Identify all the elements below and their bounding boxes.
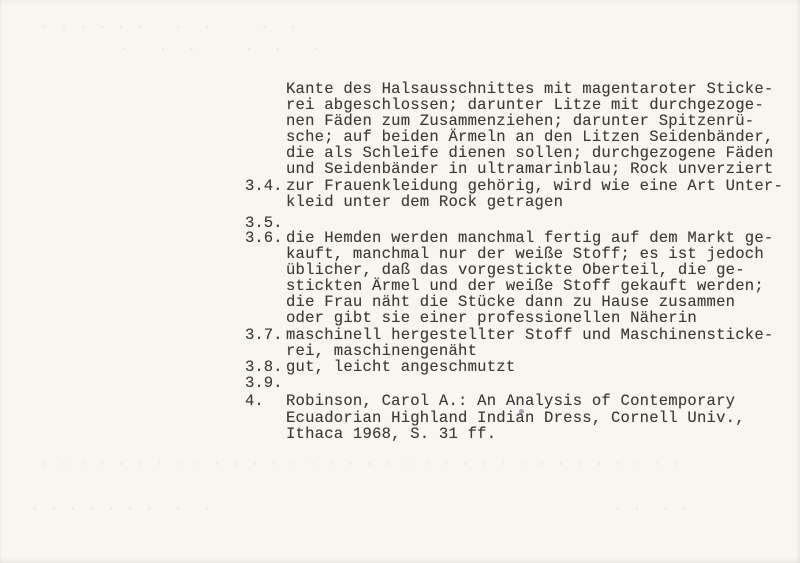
section-number: 3.6. bbox=[245, 230, 282, 246]
bleed-through-marks: · · · · · · · · · · bbox=[40, 18, 298, 36]
text-line: Robinson, Carol A.: An Analysis of Conte… bbox=[286, 393, 735, 409]
text-line: rei abgeschlossen; darunter Litze mit du… bbox=[286, 97, 764, 113]
section-number: 3.8. bbox=[245, 359, 282, 375]
text-line: Ithaca 1968, S. 31 ff. bbox=[286, 426, 496, 442]
text-line: maschinell hergestellter Stoff und Masch… bbox=[286, 327, 773, 343]
text-line: sche; auf beiden Ärmeln an den Litzen Se… bbox=[286, 129, 773, 145]
text-line: kleid unter dem Rock getragen bbox=[286, 194, 563, 210]
bleed-through-marks: · · · · · · · · · · · · · bbox=[30, 500, 690, 518]
section-number: 3.9. bbox=[245, 375, 282, 391]
text-line: die Hemden werden manchmal fertig auf de… bbox=[286, 230, 773, 246]
text-line: die Frau näht die Stücke dann zu Hause z… bbox=[286, 294, 735, 310]
section-number: 4. bbox=[245, 393, 264, 409]
text-line: stickten Ärmel und der weiße Stoff gekau… bbox=[286, 278, 764, 294]
text-line: kauft, manchmal nur der weiße Stoff; es … bbox=[286, 246, 764, 262]
typewritten-page: · · · · · · · · · · · · · · · · · · · · … bbox=[0, 0, 800, 563]
text-line: die als Schleife dienen sollen; durchgez… bbox=[286, 145, 773, 161]
text-line: Kante des Halsausschnittes mit magentaro… bbox=[286, 81, 773, 97]
ink-correction-mark bbox=[519, 409, 524, 414]
bleed-through-marks: · · · · · · · · · · · · · · · · · · · · … bbox=[40, 455, 680, 473]
text-line: nen Fäden zum Zusammenziehen; darunter S… bbox=[286, 113, 754, 129]
bleed-through-marks: · · · · · · bbox=[120, 40, 321, 58]
text-line: üblicher, daß das vorgestickte Oberteil,… bbox=[286, 262, 745, 278]
text-line: gut, leicht angeschmutzt bbox=[286, 359, 515, 375]
section-number: 3.7. bbox=[245, 327, 282, 343]
section-number: 3.4. bbox=[245, 178, 282, 194]
text-line: oder gibt sie einer professionellen Nähe… bbox=[286, 310, 697, 326]
text-line: rei, maschinengenäht bbox=[286, 343, 477, 359]
text-line: zur Frauenkleidung gehörig, wird wie ein… bbox=[286, 178, 783, 194]
text-line: Ecuadorian Highland Indian Dress, Cornel… bbox=[286, 410, 745, 426]
text-line: und Seidenbänder in ultramarinblau; Rock… bbox=[286, 161, 773, 177]
